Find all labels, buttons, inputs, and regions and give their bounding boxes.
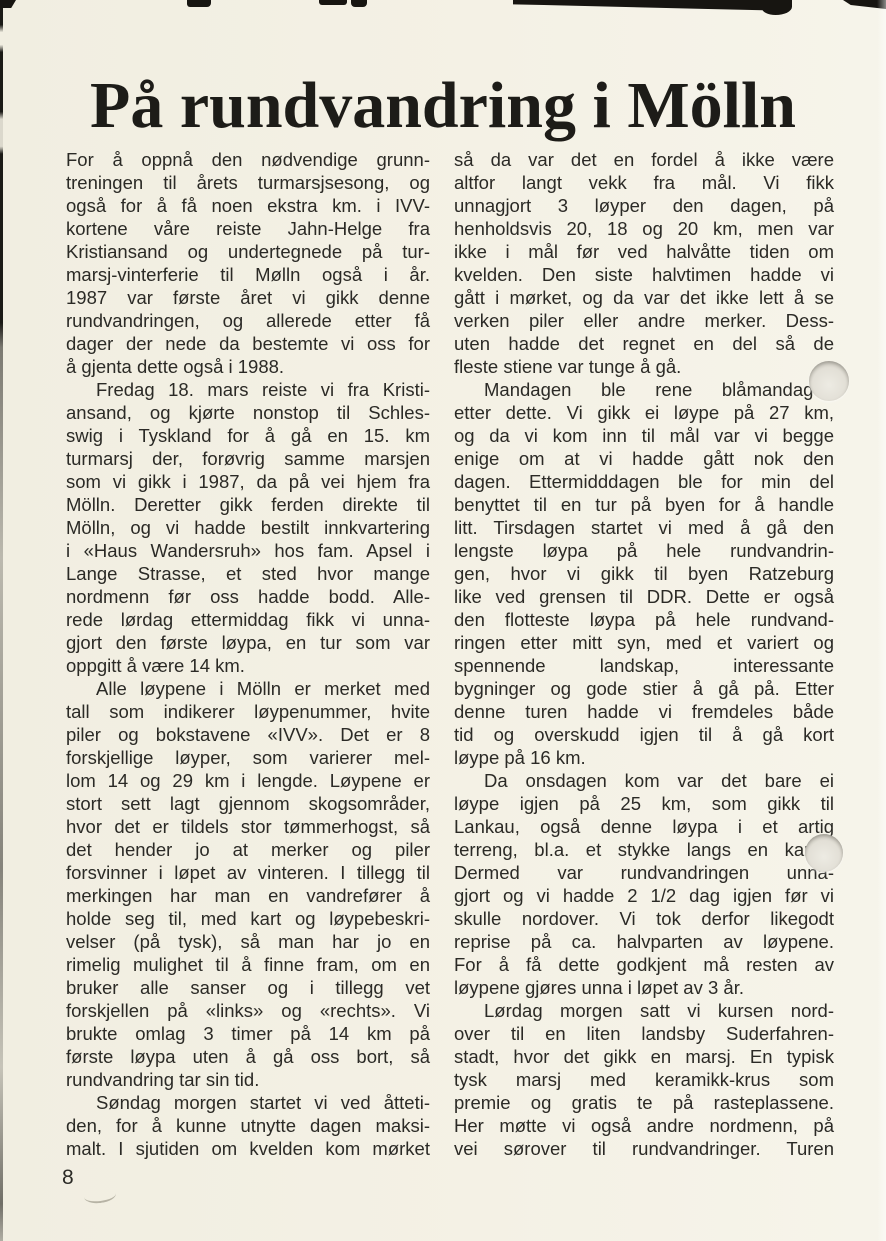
text-line: verken piler eller andre merker. Dess-	[454, 309, 834, 332]
text-line: ringen etter mitt syn, med et variert og	[454, 631, 834, 654]
text-line: Fredag 18. mars reiste vi fra Kristi-	[66, 378, 430, 401]
text-line: tall som indikerer løypenummer, hvite	[66, 700, 430, 723]
text-line: kortene våre reiste Jahn-Helge fra	[66, 217, 430, 240]
text-line: ansand, og kjørte nonstop til Schles-	[66, 401, 430, 424]
scan-artifact	[0, 0, 16, 8]
text-line: rundvandringen, og allerede etter få	[66, 309, 430, 332]
text-line: litt. Tirsdagen startet vi med å gå den	[454, 516, 834, 539]
text-line: i «Haus Wandersruh» hos fam. Apsel i	[66, 539, 430, 562]
text-line: merkingen har man en vandrefører å	[66, 884, 430, 907]
text-line: piler og bokstavene «IVV». Det er 8	[66, 723, 430, 746]
text-line: Søndag morgen startet vi ved åtteti-	[66, 1091, 430, 1114]
text-line: Mölln. Deretter gikk ferden direkte til	[66, 493, 430, 516]
text-line: vei sørover til rundvandringer. Turen	[454, 1137, 834, 1160]
scanned-page: På rundvandring i Mölln For å oppnå den …	[0, 0, 886, 1241]
text-line: rundvandring tar sin tid.	[66, 1068, 430, 1091]
text-line: marsj-vinterferie til Mølln også i år.	[66, 263, 430, 286]
text-line: dager der nede da bestemte vi oss for	[66, 332, 430, 355]
text-line: lengste løypa på hele rundvandrin-	[454, 539, 834, 562]
text-line: malt. I sjutiden om kvelden kom mørket	[66, 1137, 430, 1160]
text-line: å gjenta dette også i 1988.	[66, 355, 430, 378]
text-line: benyttet til en tur på byen for å handle	[454, 493, 834, 516]
text-line: stadt, hvor det gikk en marsj. En typisk	[454, 1045, 834, 1068]
pencil-mark	[83, 1186, 117, 1205]
text-line: bruker alle sanser og i tillegg vet	[66, 976, 430, 999]
text-line: stort sett lagt gjennom skogsområder,	[66, 792, 430, 815]
text-line: spennende landskap, interessante	[454, 654, 834, 677]
punch-hole	[805, 834, 843, 872]
text-line: dagen. Ettermidddagen ble for min del	[454, 470, 834, 493]
text-line: altfor langt vekk fra mål. Vi fikk	[454, 171, 834, 194]
text-line: gjort og vi hadde 2 1/2 dag igjen før vi	[454, 884, 834, 907]
text-line: løypene gjøres unna i løpet av 3 år.	[454, 976, 834, 999]
text-line: Mandagen ble rene blåmandagen	[454, 378, 834, 401]
punch-hole	[809, 361, 849, 401]
text-line: som vi gikk i 1987, da på vei hjem fra	[66, 470, 430, 493]
text-line: nordmenn før oss hadde bodd. Alle-	[66, 585, 430, 608]
text-line: treningen til årets turmarsjsesong, og	[66, 171, 430, 194]
text-line: like ved grensen til DDR. Dette er også	[454, 585, 834, 608]
text-line: For å få dette godkjent må resten av	[454, 953, 834, 976]
text-line: løype på 16 km.	[454, 746, 834, 769]
text-line: Da onsdagen kom var det bare ei	[454, 769, 834, 792]
text-line: reprise på ca. halvparten av løypene.	[454, 930, 834, 953]
text-line: tid og overskudd igjen til å gå kort	[454, 723, 834, 746]
text-line: skulle nordover. Vi tok derfor likegodt	[454, 907, 834, 930]
text-line: premie og gratis te på rasteplassene.	[454, 1091, 834, 1114]
text-line: henholdsvis 20, 18 og 20 km, men var	[454, 217, 834, 240]
text-line: fleste stiene var tunge å gå.	[454, 355, 834, 378]
text-line: gjort den første løypa, en tur som var	[66, 631, 430, 654]
text-line: over til en liten landsby Suderfahren-	[454, 1022, 834, 1045]
text-line: gått i mørket, og da var det ikke lett å…	[454, 286, 834, 309]
text-line: bygninger og gode stier å gå på. Etter	[454, 677, 834, 700]
scan-artifact	[319, 0, 347, 5]
article-column-right: så da var det en fordel å ikke værealtfo…	[454, 148, 834, 1160]
text-line: enige om at vi hadde gått nok den	[454, 447, 834, 470]
text-line: Dermed var rundvandringen unna-	[454, 861, 834, 884]
text-line: forsvinner i løpet av vinteren. I tilleg…	[66, 861, 430, 884]
scan-artifact	[513, 0, 769, 11]
text-line: turmarsj der, forøvrig samme marsjen	[66, 447, 430, 470]
text-line: ikke i mål før ved halvåtte tiden om	[454, 240, 834, 263]
text-line: Lange Strasse, et sted hvor mange	[66, 562, 430, 585]
text-line: swig i Tyskland for å gå en 15. km	[66, 424, 430, 447]
text-line: gen, hvor vi gikk til byen Ratzeburg	[454, 562, 834, 585]
scan-artifact	[187, 0, 211, 7]
text-line: forskjellen på «links» og «rechts». Vi	[66, 999, 430, 1022]
page-number: 8	[62, 1166, 74, 1190]
text-line: Kristiansand og undertegnede på tur-	[66, 240, 430, 263]
scan-artifact	[762, 0, 792, 15]
text-line: den flotteste løypa på hele rundvand-	[454, 608, 834, 631]
text-line: brukte omlag 3 timer på 14 km på	[66, 1022, 430, 1045]
text-line: 1987 var første året vi gikk denne	[66, 286, 430, 309]
page-title: På rundvandring i Mölln	[0, 64, 886, 148]
text-line: unnagjort 3 løyper den dagen, på	[454, 194, 834, 217]
text-line: tysk marsj med keramikk-krus som	[454, 1068, 834, 1091]
text-line: forskjellige løyper, som varierer mel-	[66, 746, 430, 769]
text-line: den, for å kunne utnytte dagen maksi-	[66, 1114, 430, 1137]
text-line: Lankau, også denne løypa i et artig	[454, 815, 834, 838]
text-line: velser (på tysk), så man har jo en	[66, 930, 430, 953]
text-line: også for å få noen ekstra km. i IVV-	[66, 194, 430, 217]
text-line: oppgitt å være 14 km.	[66, 654, 430, 677]
text-line: første løypa uten å gå oss bort, så	[66, 1045, 430, 1068]
text-line: Alle løypene i Mölln er merket med	[66, 677, 430, 700]
text-line: det hender jo at merker og piler	[66, 838, 430, 861]
text-line: kvelden. Den siste halvtimen hadde vi	[454, 263, 834, 286]
text-line: rimelig mulighet til å finne fram, om en	[66, 953, 430, 976]
scan-artifact	[351, 0, 367, 7]
text-line: terreng, bl.a. et stykke langs en kanal.	[454, 838, 834, 861]
article-column-left: For å oppnå den nødvendige grunn-trening…	[66, 148, 430, 1160]
text-line: denne turen hadde vi fremdeles både	[454, 700, 834, 723]
text-line: løype igjen på 25 km, som gikk til	[454, 792, 834, 815]
text-line: rede lørdag ettermiddag fikk vi unna-	[66, 608, 430, 631]
text-line: uten hadde det regnet en del så de	[454, 332, 834, 355]
text-line: lom 14 og 29 km i lengde. Løypene er	[66, 769, 430, 792]
text-line: For å oppnå den nødvendige grunn-	[66, 148, 430, 171]
text-line: etter dette. Vi gikk ei løype på 27 km,	[454, 401, 834, 424]
text-line: hvor det er tildels stor tømmerhogst, så	[66, 815, 430, 838]
text-line: Her møtte vi også andre nordmenn, på	[454, 1114, 834, 1137]
page-edge-highlight	[877, 0, 886, 1241]
scan-edge-artifact-left	[0, 0, 3, 1241]
text-line: så da var det en fordel å ikke være	[454, 148, 834, 171]
text-line: og da vi kom inn til mål var vi begge	[454, 424, 834, 447]
text-line: Mölln, og vi hadde bestilt innkvartering	[66, 516, 430, 539]
text-line: holde seg til, med kart og løypebeskri-	[66, 907, 430, 930]
text-line: Lørdag morgen satt vi kursen nord-	[454, 999, 834, 1022]
